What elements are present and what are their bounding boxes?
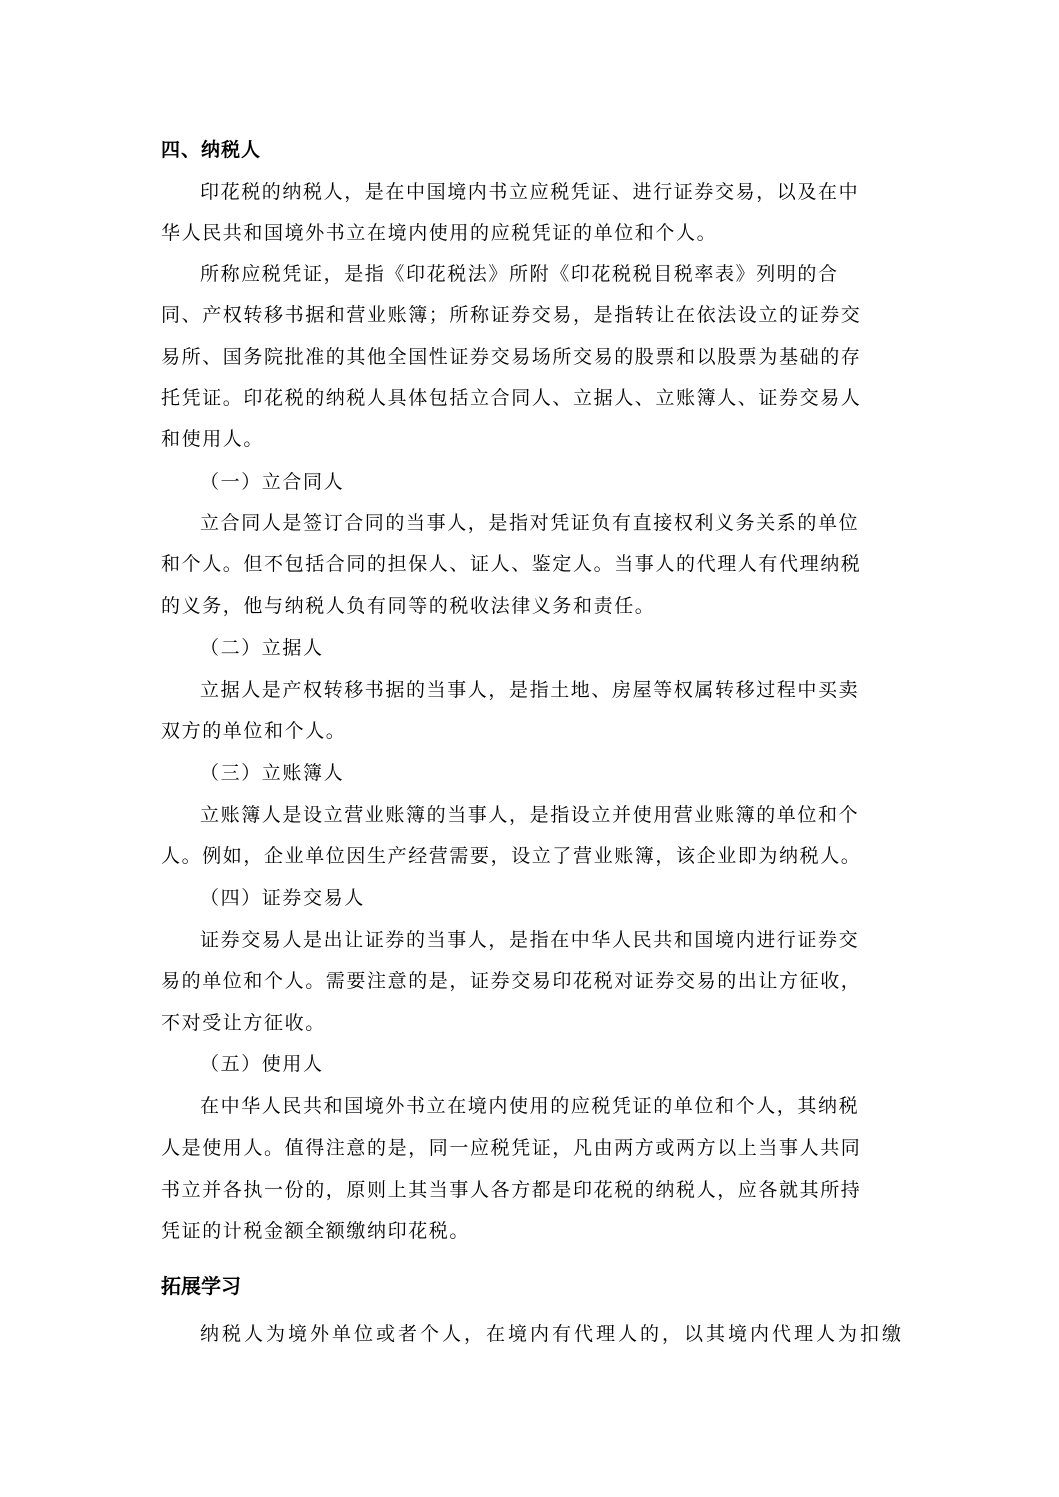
paragraph-line: 印花税的纳税人，是在中国境内书立应税凭证、进行证券交易，以及在中	[200, 180, 859, 204]
subsection-title: （二）立据人	[200, 636, 324, 660]
paragraph-line: 所称应税凭证，是指《印花税法》所附《印花税税目税率表》列明的合	[200, 262, 839, 286]
subsection-title: （四）证券交易人	[200, 886, 365, 910]
paragraph-line: 立合同人是签订合同的当事人，是指对凭证负有直接权利义务关系的单位	[200, 511, 859, 535]
paragraph-line: 人。例如，企业单位因生产经营需要，设立了营业账簿，该企业即为纳税人。	[161, 844, 861, 868]
subsection-title: （一）立合同人	[200, 470, 344, 494]
paragraph-line: 证券交易人是出让证券的当事人，是指在中华人民共和国境内进行证券交	[200, 928, 859, 952]
paragraph-line: 在中华人民共和国境外书立在境内使用的应税凭证的单位和个人，其纳税	[200, 1094, 859, 1118]
paragraph-line: 易的单位和个人。需要注意的是，证券交易印花税对证券交易的出让方征收，	[161, 969, 861, 993]
paragraph-line: 立据人是产权转移书据的当事人，是指土地、房屋等权属转移过程中买卖	[200, 678, 859, 702]
paragraph-line: 不对受让方征收。	[161, 1011, 326, 1035]
subsection-title: （三）立账簿人	[200, 761, 344, 785]
section-heading: 四、纳税人	[161, 138, 261, 162]
paragraph-line: 易所、国务院批准的其他全国性证券交易场所交易的股票和以股票为基础的存	[161, 345, 861, 369]
subsection-title: （五）使用人	[200, 1052, 324, 1076]
paragraph-line: 凭证的计税金额全额缴纳印花税。	[161, 1219, 470, 1243]
paragraph-line: 同、产权转移书据和营业账簿；所称证券交易，是指转让在依法设立的证券交	[161, 303, 861, 327]
paragraph-line: 华人民共和国境外书立在境内使用的应税凭证的单位和个人。	[161, 221, 717, 245]
paragraph-line: 双方的单位和个人。	[161, 719, 346, 743]
paragraph-line: 和个人。但不包括合同的担保人、证人、鉴定人。当事人的代理人有代理纳税	[161, 552, 861, 576]
paragraph-line: 书立并各执一份的，原则上其当事人各方都是印花税的纳税人，应各就其所持	[161, 1178, 861, 1202]
paragraph-line: 人是使用人。值得注意的是，同一应税凭证，凡由两方或两方以上当事人共同	[161, 1136, 861, 1160]
paragraph-line: 立账簿人是设立营业账簿的当事人，是指设立并使用营业账簿的单位和个	[200, 803, 859, 827]
paragraph-line: 的义务，他与纳税人负有同等的税收法律义务和责任。	[161, 594, 655, 618]
extension-heading: 拓展学习	[161, 1274, 241, 1298]
paragraph-line: 和使用人。	[161, 427, 264, 451]
paragraph-line: 纳税人为境外单位或者个人，在境内有代理人的，以其境内代理人为扣缴	[200, 1322, 904, 1346]
paragraph-line: 托凭证。印花税的纳税人具体包括立合同人、立据人、立账簿人、证券交易人	[161, 386, 861, 410]
